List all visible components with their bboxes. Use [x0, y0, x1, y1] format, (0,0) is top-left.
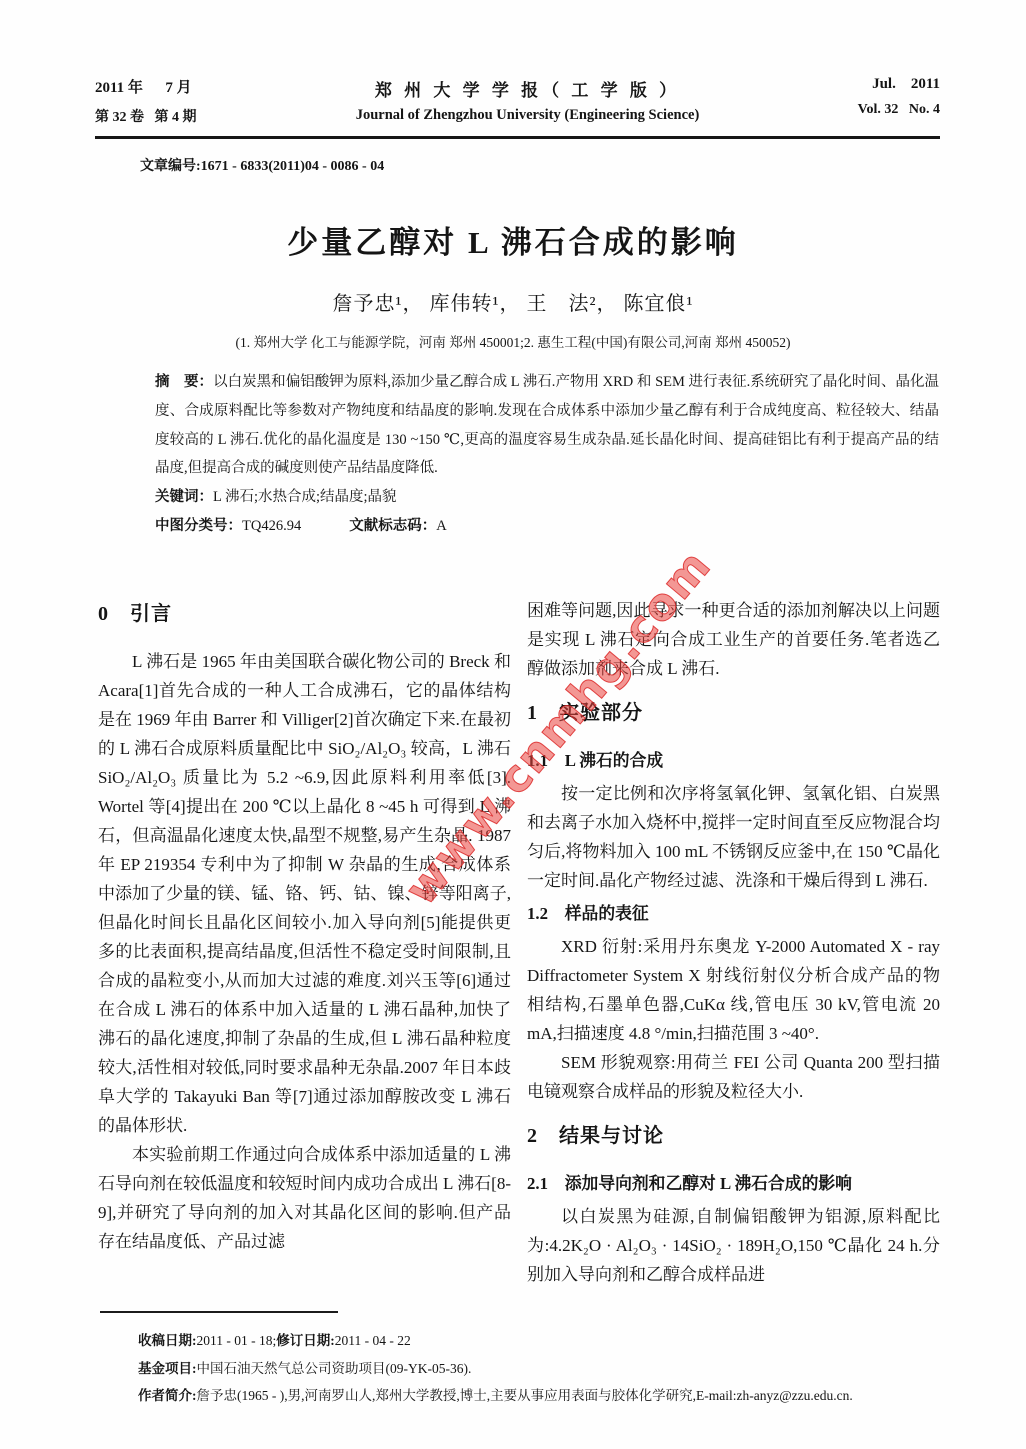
subsection-heading-characterization: 1.2 样品的表征	[527, 899, 940, 928]
keywords-label: 关键词：	[155, 489, 213, 505]
doc-code-value: A	[436, 518, 446, 534]
section-heading-results: 2 结果与讨论	[527, 1122, 940, 1151]
header-center-block: 郑 州 大 学 学 报（ 工 学 版 ） Journal of Zhengzho…	[265, 76, 790, 124]
abstract-paragraph: 摘 要：以白炭黑和偏铝酸钾为原料,添加少量乙醇合成 L 沸石.产物用 XRD 和…	[155, 368, 939, 483]
page-title: 少量乙醇对 L 沸石合成的影响	[0, 217, 1026, 262]
abstract-block: 摘 要：以白炭黑和偏铝酸钾为原料,添加少量乙醇合成 L 沸石.产物用 XRD 和…	[155, 368, 939, 541]
subsection-heading-synthesis: 1.1 L 沸石的合成	[527, 746, 940, 775]
received-value: 2011 - 01 - 18;	[197, 1333, 277, 1348]
left-column: 0 引言 L 沸石是 1965 年由美国联合碳化物公司的 Breck 和 Aca…	[98, 596, 511, 1256]
header-issue-en: Vol. 32 No. 4	[790, 102, 940, 118]
keywords-text: L 沸石;水热合成;结晶度;晶貌	[213, 489, 397, 505]
xrd-paragraph: XRD 衍射:采用丹东奥龙 Y-2000 Automated X - ray D…	[527, 932, 940, 1048]
received-label: 收稿日期:	[138, 1333, 197, 1348]
article-number: 文章编号:1671 - 6833(2011)04 - 0086 - 04	[140, 155, 384, 175]
bio-label: 作者简介:	[138, 1388, 197, 1403]
bio-value: 詹予忠(1965 - ),男,河南罗山人,郑州大学教授,博士,主要从事应用表面与…	[197, 1388, 853, 1403]
journal-header: 2011 年 7 月 第 32 卷 第 4 期 郑 州 大 学 学 报（ 工 学…	[95, 76, 940, 126]
doc-code-label: 文献标志码：	[349, 518, 436, 534]
footnote-block: 收稿日期:2011 - 01 - 18;修订日期:2011 - 04 - 22 …	[138, 1327, 944, 1410]
footnote-fund: 基金项目:中国石油天然气总公司资助项目(09-YK-05-36).	[138, 1355, 944, 1383]
author-line: 詹予忠¹， 库伟转¹， 王 法²， 陈宜俍¹	[0, 287, 1026, 316]
header-rule	[95, 136, 940, 139]
journal-name-en: Journal of Zhengzhou University (Enginee…	[265, 107, 790, 124]
section-heading-experiment: 1 实验部分	[527, 699, 940, 728]
header-right-block: Jul. 2011 Vol. 32 No. 4	[790, 76, 940, 118]
fund-label: 基金项目:	[138, 1361, 197, 1376]
right-column: 困难等问题,因此寻求一种更合适的添加剂解决以上问题是实现 L 沸石定向合成工业生…	[527, 596, 940, 1289]
header-issue-cn: 第 32 卷 第 4 期	[95, 106, 265, 126]
synthesis-paragraph: 按一定比例和次序将氢氧化钾、氢氧化铝、白炭黑和去离子水加入烧杯中,搅拌一定时间直…	[527, 779, 940, 895]
intro-paragraph-2: 本实验前期工作通过向合成体系中添加适量的 L 沸石导向剂在较低温度和较短时间内成…	[98, 1140, 511, 1256]
keywords-line: 关键词：L 沸石;水热合成;结晶度;晶貌	[155, 483, 939, 512]
abstract-text: 以白炭黑和偏铝酸钾为原料,添加少量乙醇合成 L 沸石.产物用 XRD 和 SEM…	[155, 374, 939, 476]
abstract-label: 摘 要：	[155, 374, 213, 390]
section-heading-intro: 0 引言	[98, 600, 511, 629]
footnote-bio: 作者简介:詹予忠(1965 - ),男,河南罗山人,郑州大学教授,博士,主要从事…	[138, 1382, 944, 1410]
intro-paragraph-continued: 困难等问题,因此寻求一种更合适的添加剂解决以上问题是实现 L 沸石定向合成工业生…	[527, 596, 940, 683]
clc-line: 中图分类号：TQ426.94文献标志码：A	[155, 512, 939, 541]
subsection-heading-effect: 2.1 添加导向剂和乙醇对 L 沸石合成的影响	[527, 1169, 940, 1198]
revised-value: 2011 - 04 - 22	[335, 1333, 411, 1348]
footnote-dates: 收稿日期:2011 - 01 - 18;修订日期:2011 - 04 - 22	[138, 1327, 944, 1355]
footnote-rule	[100, 1311, 338, 1313]
clc-label: 中图分类号：	[155, 518, 242, 534]
fund-value: 中国石油天然气总公司资助项目(09-YK-05-36).	[197, 1361, 472, 1376]
intro-paragraph-1: L 沸石是 1965 年由美国联合碳化物公司的 Breck 和 Acara[1]…	[98, 647, 511, 1140]
results-paragraph: 以白炭黑为硅源,自制偏铝酸钾为铝源,原料配比为:4.2K₂O · Al₂O₃ ·…	[527, 1202, 940, 1289]
affiliation-line: (1. 郑州大学 化工与能源学院，河南 郑州 450001;2. 惠生工程(中国…	[0, 331, 1026, 351]
header-date-cn: 2011 年 7 月	[95, 76, 265, 97]
header-date-en: Jul. 2011	[790, 76, 940, 93]
journal-page: 2011 年 7 月 第 32 卷 第 4 期 郑 州 大 学 学 报（ 工 学…	[0, 0, 1026, 1449]
clc-value: TQ426.94	[242, 518, 301, 534]
revised-label: 修订日期:	[276, 1333, 335, 1348]
journal-name-cn: 郑 州 大 学 学 报（ 工 学 版 ）	[265, 76, 790, 101]
sem-paragraph: SEM 形貌观察:用荷兰 FEI 公司 Quanta 200 型扫描电镜观察合成…	[527, 1048, 940, 1106]
header-left-block: 2011 年 7 月 第 32 卷 第 4 期	[95, 76, 265, 126]
